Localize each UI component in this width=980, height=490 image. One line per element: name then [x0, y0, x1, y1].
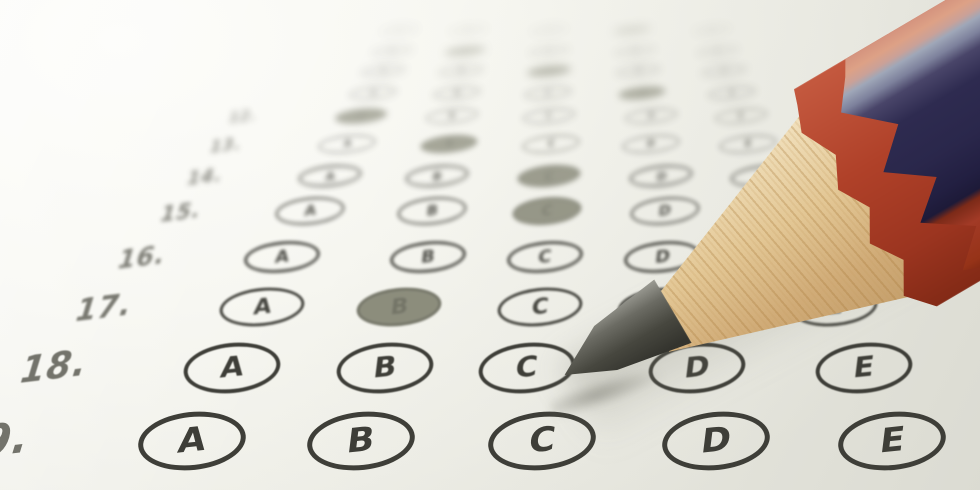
bubble-letter: C: [527, 423, 557, 459]
bubble-letter: A: [357, 112, 364, 120]
bubble-letter: D: [639, 89, 646, 96]
bubble-letter: E: [757, 170, 767, 182]
bubble-letter: B: [458, 68, 463, 74]
bubble-letter: E: [722, 68, 727, 74]
bubble-letter: D: [646, 139, 655, 149]
bubble-letter: C: [537, 248, 552, 266]
bubble-letter: C: [544, 170, 554, 182]
bubble-letter: D: [655, 170, 666, 182]
bubble-letter: B: [448, 112, 455, 120]
bubble-letter: E: [764, 203, 776, 218]
answer-sheet-photo: ABCDEABCDEABCDEABCDE12.ABCDE13.ABCDE14.A…: [0, 0, 980, 490]
bubble-letter: C: [546, 68, 551, 74]
question-number-16: 16.: [117, 239, 168, 274]
bubble-letter: C: [514, 353, 539, 383]
bubble-letter: C: [546, 112, 553, 120]
bubble-letter: B: [454, 89, 460, 96]
bubble-letter: E: [852, 353, 876, 383]
bubble-letter: B: [389, 295, 409, 318]
bubble-letter: E: [738, 112, 744, 120]
bubble-letter: B: [372, 353, 398, 384]
bubble-letter: B: [420, 248, 436, 266]
bubble-letter: D: [632, 48, 638, 54]
bubble-letter: A: [325, 170, 336, 182]
bubble-letter: A: [389, 48, 394, 54]
bubble-letter: E: [729, 89, 735, 96]
bubble-letter: A: [252, 295, 272, 318]
bubble-letter: E: [744, 139, 752, 149]
bubble-letter: E: [716, 48, 721, 54]
bubble-letter: B: [345, 423, 376, 460]
bubble-letter: B: [425, 203, 438, 218]
bubble-letter: D: [647, 112, 655, 120]
bubble-letter: C: [546, 48, 551, 54]
bubble-letter: A: [274, 248, 290, 266]
bubble-letter: B: [462, 48, 467, 54]
bubble-letter: A: [343, 139, 352, 149]
bubble-letter: A: [380, 68, 385, 74]
bubble-letter: A: [370, 89, 376, 96]
bubble-letter: C: [547, 27, 551, 32]
bubble-letter: A: [219, 353, 246, 384]
bubble-letter: A: [176, 423, 208, 460]
bubble-letter: B: [432, 170, 442, 182]
question-number-13: 13.: [209, 133, 242, 156]
bubble-letter: C: [545, 89, 551, 96]
bubble-letter: B: [466, 27, 470, 32]
bubble-letter: E: [710, 27, 714, 32]
bubble-letter: D: [658, 203, 672, 218]
bubble-letter: D: [635, 68, 641, 74]
bubble-letter: A: [397, 27, 401, 32]
bubble-letter: D: [654, 248, 671, 266]
bubble-letter: D: [699, 423, 733, 460]
bubble-letter: C: [530, 295, 549, 318]
bubble-letter: D: [630, 27, 635, 32]
bubble-letter: C: [547, 139, 555, 149]
question-number-18: 18.: [18, 342, 89, 392]
bubble-letter: B: [445, 139, 454, 149]
bubble-letter: A: [303, 203, 316, 218]
bubble-letter: C: [541, 203, 554, 218]
bubble-letter: E: [878, 423, 907, 459]
question-number-17: 17.: [74, 287, 134, 330]
